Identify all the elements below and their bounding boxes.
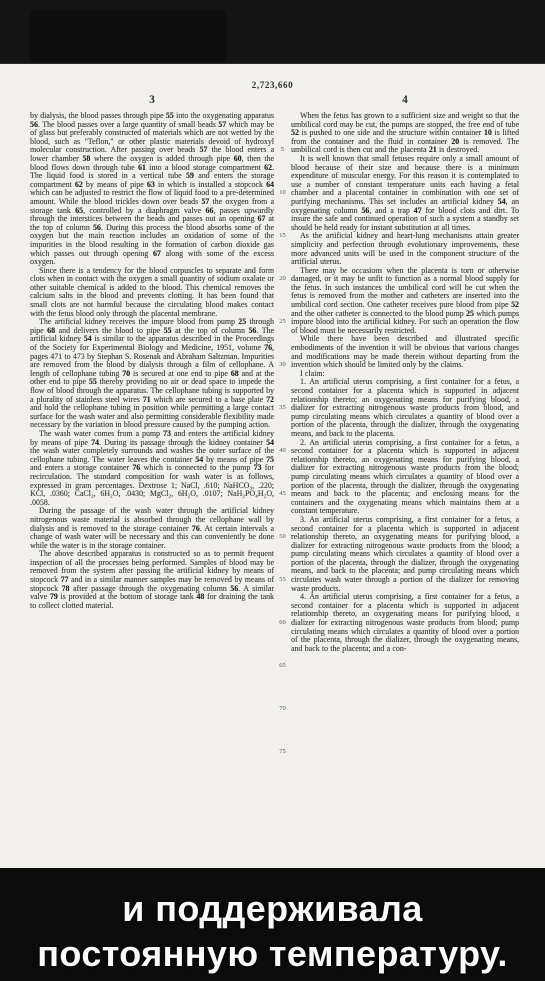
column-4-text: When the fetus has grown to a sufficient… xyxy=(291,112,519,653)
line-number-gutter: 51015202530354045505560657075 xyxy=(274,94,291,653)
line-number: 10 xyxy=(274,189,291,198)
line-number: 45 xyxy=(274,490,291,499)
patent-page: 2,723,660 3 by dialysis, the blood passe… xyxy=(0,64,545,868)
watermark-box xyxy=(30,10,226,62)
line-number: 65 xyxy=(274,662,291,671)
line-number: 25 xyxy=(274,318,291,327)
top-letterbox xyxy=(0,0,545,64)
video-frame: 2,723,660 3 by dialysis, the blood passe… xyxy=(0,0,545,981)
column-4: 4 When the fetus has grown to a sufficie… xyxy=(291,94,519,653)
page-columns: 3 by dialysis, the blood passes through … xyxy=(0,94,545,653)
column-4-claims: I claim:1. An artificial uterus comprisi… xyxy=(291,370,519,654)
line-number: 75 xyxy=(274,748,291,757)
column-3-text: by dialysis, the blood passes through pi… xyxy=(30,112,274,610)
patent-number: 2,723,660 xyxy=(0,80,545,94)
subtitle-overlay: и поддерживала постоянную температуру. xyxy=(0,868,545,981)
column-3: 3 by dialysis, the blood passes through … xyxy=(30,94,274,653)
subtitle-line-2: постоянную температуру. xyxy=(0,931,545,976)
line-number: 50 xyxy=(274,533,291,542)
line-number: 55 xyxy=(274,576,291,585)
line-number: 60 xyxy=(274,619,291,628)
line-number: 40 xyxy=(274,447,291,456)
line-number: 70 xyxy=(274,705,291,714)
column-4-paragraphs: When the fetus has grown to a sufficient… xyxy=(291,112,519,370)
line-number: 15 xyxy=(274,232,291,241)
line-number: 35 xyxy=(274,404,291,413)
column-number-4: 4 xyxy=(291,94,519,112)
line-number: 30 xyxy=(274,361,291,370)
line-number: 5 xyxy=(274,146,291,155)
subtitle-line-1: и поддерживала xyxy=(0,886,545,931)
column-3-paragraphs: by dialysis, the blood passes through pi… xyxy=(30,112,274,610)
line-number: 20 xyxy=(274,275,291,284)
column-number-3: 3 xyxy=(30,94,274,112)
